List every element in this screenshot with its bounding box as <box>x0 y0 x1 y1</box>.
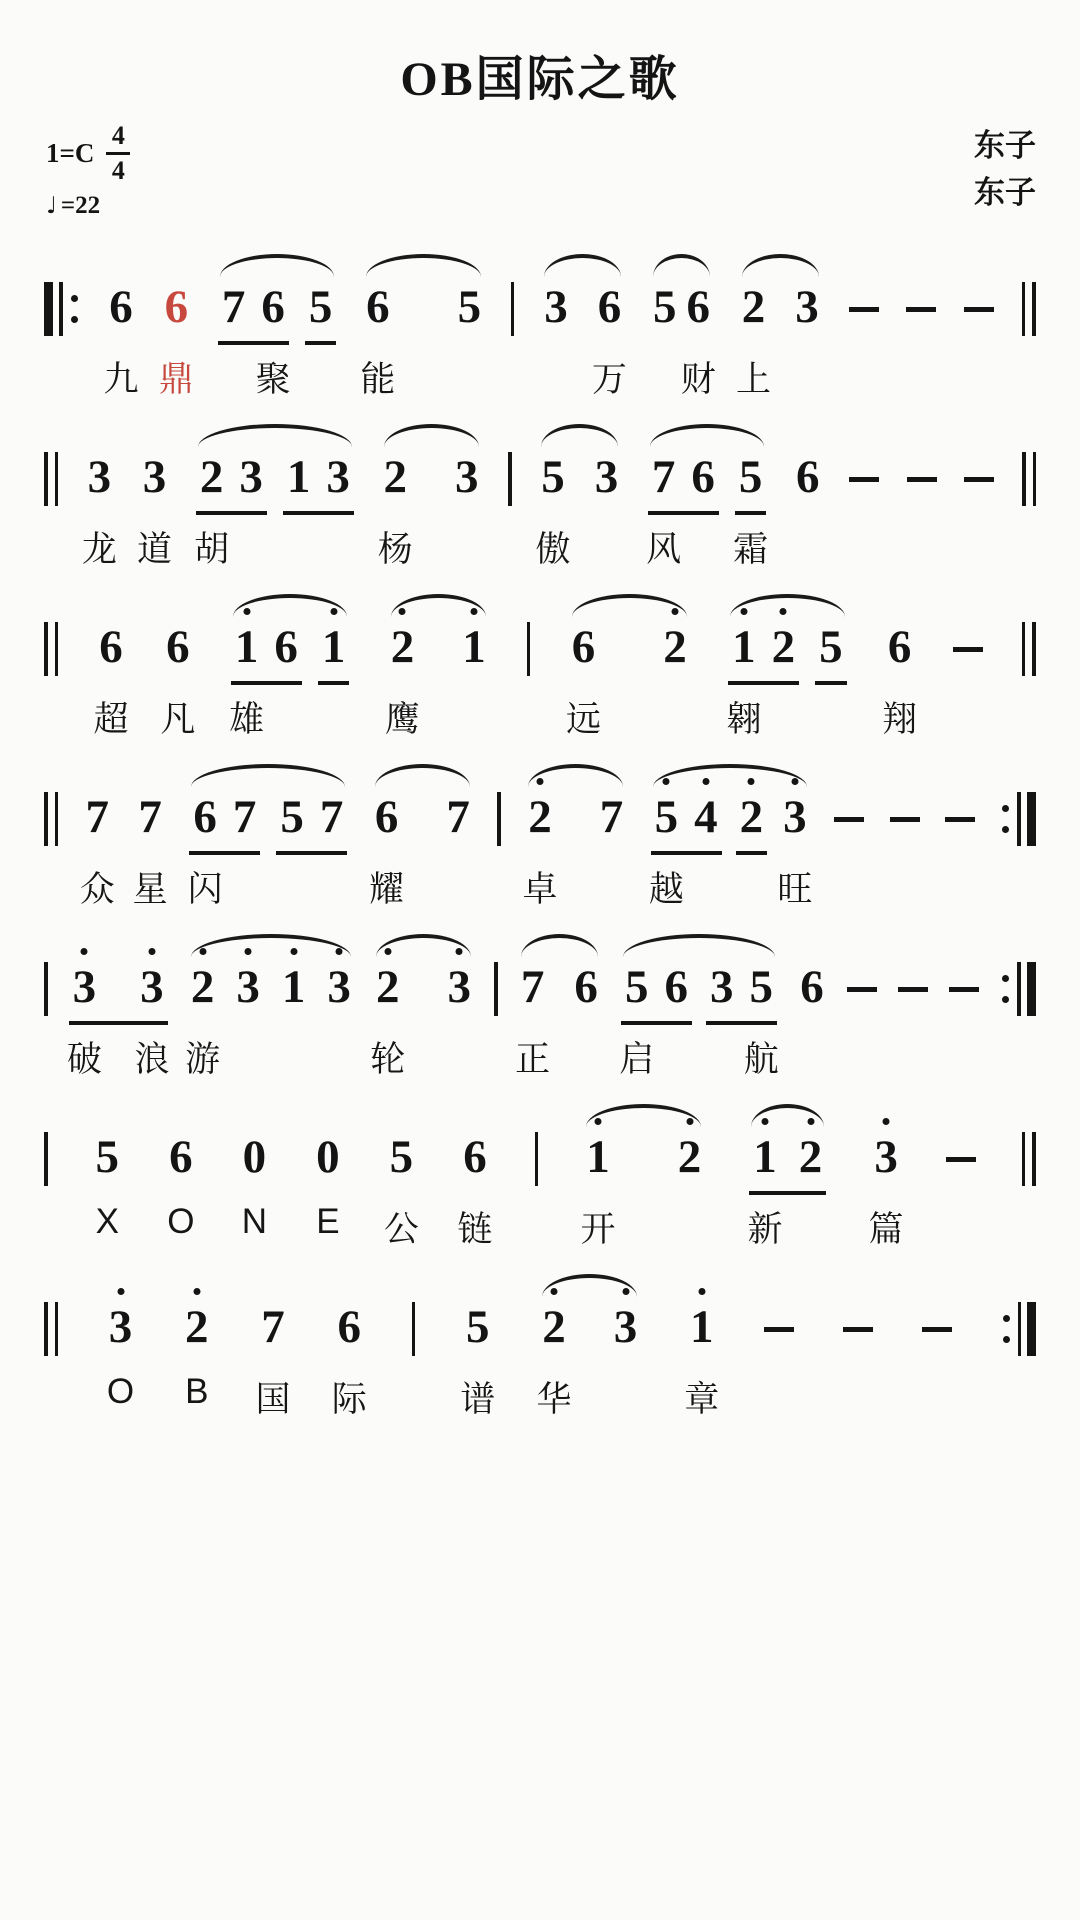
note-digit: 3 <box>326 450 350 504</box>
octave-dot <box>536 778 543 785</box>
repeat-dot <box>1003 1315 1010 1322</box>
octave-dot <box>117 1288 124 1295</box>
beam-underline-group: 6闪7 <box>189 790 260 855</box>
lyric-char: 游 <box>185 1032 220 1082</box>
note-digit: 2 <box>185 1300 209 1354</box>
music-system-6: 5X6O0N0E5公6链1开21新23篇 <box>44 1100 1036 1270</box>
note: 3篇 <box>874 1130 898 1184</box>
lyric-char: 凡 <box>160 692 195 742</box>
beam-underline-group: 1 <box>318 620 350 685</box>
note-part: 6O <box>167 1130 195 1184</box>
lyric-char: 华 <box>536 1372 571 1422</box>
note: 1翱 <box>732 620 756 674</box>
time-signature: 4 4 <box>106 123 130 184</box>
lyric-char: 谱 <box>460 1372 495 1422</box>
note-part: 5 <box>651 280 679 334</box>
note: 7星 <box>138 790 162 844</box>
note-group: 1翱25 <box>728 620 847 685</box>
note-part: 3篇 <box>872 1130 900 1184</box>
note-group: 6链 <box>461 1130 489 1184</box>
note-digit: 6 <box>99 620 123 674</box>
note-digit: 6 <box>166 620 190 674</box>
dash-rest <box>953 647 983 652</box>
slur-arc <box>586 1104 701 1127</box>
note-part: 2杨 <box>382 450 410 504</box>
note-part: 5公 <box>388 1130 416 1184</box>
note-digit: 7 <box>652 450 676 504</box>
slur-arc <box>541 424 618 447</box>
lyric-char: 耀 <box>369 862 404 912</box>
note: 6能 <box>366 280 390 334</box>
note-digit: 1 <box>732 620 756 674</box>
lyric-char: 万 <box>592 352 627 402</box>
octave-dot <box>686 1118 693 1125</box>
note-digit: 3 <box>239 450 263 504</box>
octave-dot <box>807 1118 814 1125</box>
dash-rest <box>907 477 937 482</box>
note-part: 2 <box>661 620 689 674</box>
note-part: 6九 <box>107 280 135 334</box>
lyric-char: 傲 <box>535 522 570 572</box>
note-group: 6翔 <box>886 620 914 674</box>
lyric-char: 新 <box>748 1202 783 1252</box>
note-digit: 6 <box>338 1300 362 1354</box>
lyric-char: 国 <box>255 1372 290 1422</box>
barline-thick-stroke <box>44 282 53 336</box>
dash-rest <box>843 1327 873 1332</box>
note-digit: 2 <box>742 280 766 334</box>
octave-dot <box>595 1118 602 1125</box>
credit-line-2: 东子 <box>974 170 1036 217</box>
note-part: 6财 <box>684 280 712 334</box>
dash-rest <box>849 307 879 312</box>
repeat-dots <box>1000 805 1011 833</box>
note: 1 <box>282 960 306 1014</box>
octave-dot <box>81 948 88 955</box>
note-digit: 1 <box>690 1300 714 1354</box>
note-part: 7 <box>444 790 472 844</box>
note-digit: 6 <box>274 620 298 674</box>
note-group: 1雄61 <box>231 620 350 685</box>
note-group: 6 <box>798 960 826 1014</box>
note: 5 <box>458 280 482 334</box>
note-group: 2胡313 <box>196 450 354 515</box>
note-digit: 6 <box>463 1130 487 1184</box>
octave-dot <box>791 778 798 785</box>
note: 1新 <box>753 1130 777 1184</box>
note-part: 3 <box>446 960 474 1014</box>
dash-rest <box>834 817 864 822</box>
note-part: 6链 <box>461 1130 489 1184</box>
note-part: 7国 <box>259 1300 287 1354</box>
note: 5 <box>309 280 333 334</box>
note-digit: 7 <box>138 790 162 844</box>
beam-underline-group: 5越4 <box>651 790 722 855</box>
note-digit: 3 <box>448 960 472 1014</box>
barline-thin-stroke <box>1032 282 1036 336</box>
note-digit: 6 <box>888 620 912 674</box>
double-barline <box>44 1302 58 1356</box>
barline <box>508 452 512 506</box>
note-group: 76聚5 <box>218 280 337 345</box>
lyric-char: 风 <box>646 522 681 572</box>
note-part: 6能 <box>364 280 392 334</box>
barline-thin-stroke <box>44 622 48 676</box>
note-part: 2上 <box>740 280 768 334</box>
lyric-char: 能 <box>360 352 395 402</box>
music-system-3: 6超6凡1雄612鹰16远21翱256翔 <box>44 590 1036 760</box>
note-part: 6 <box>572 960 600 1014</box>
note-digit: 3 <box>783 790 807 844</box>
melody-row: 3破3浪2游3132轮37正65启635航6 <box>44 930 1036 1025</box>
octave-dot <box>243 608 250 615</box>
lyric-char: 翔 <box>882 692 917 742</box>
note: 3 <box>448 960 472 1014</box>
note: 5霜 <box>739 450 763 504</box>
barline-thin-stroke <box>44 452 48 506</box>
beam-underline-group: 57 <box>276 790 347 855</box>
note-digit: 3 <box>140 960 164 1014</box>
note-digit: 6 <box>800 960 824 1014</box>
beam-underline-group: 35航 <box>706 960 777 1025</box>
note-group: 6鼎 <box>163 280 191 334</box>
repeat-dot <box>1002 826 1009 833</box>
dash-rest <box>898 987 928 992</box>
lyric-char: 卓 <box>522 862 557 912</box>
note-digit: 2 <box>740 790 764 844</box>
note: 2 <box>663 620 687 674</box>
octave-dot <box>622 1288 629 1295</box>
note-part: 6 <box>794 450 822 504</box>
lyric-char: 开 <box>580 1202 615 1252</box>
lyric-char: 轮 <box>370 1032 405 1082</box>
note-digit: 2 <box>200 450 224 504</box>
octave-dot <box>148 948 155 955</box>
lyric-char: 章 <box>684 1372 719 1422</box>
barline-thick-stroke <box>1027 962 1036 1016</box>
note-part: 2游313 <box>189 960 353 1014</box>
note-digit: 3 <box>143 450 167 504</box>
note-group: 2游313 <box>189 960 353 1014</box>
lyric-char: 胡 <box>194 522 229 572</box>
note-digit: 6 <box>796 450 820 504</box>
octave-dot <box>702 778 709 785</box>
slur-arc <box>375 764 470 787</box>
barline <box>535 1132 539 1186</box>
slur-arc <box>220 254 335 277</box>
lyric-char: E <box>316 1202 339 1242</box>
slur-arc <box>653 764 807 787</box>
fraction-bar <box>106 152 130 155</box>
note: 6闪 <box>193 790 217 844</box>
melody-row: 3龙3道2胡3132杨35傲37风65霜6 <box>44 420 1036 515</box>
beam-underline-group: 7风6 <box>648 450 719 515</box>
note-digit: 4 <box>694 790 718 844</box>
octave-dot <box>672 608 679 615</box>
note-digit: 5 <box>541 450 565 504</box>
note-part: 7正 <box>519 960 547 1014</box>
note-digit: 3 <box>795 280 819 334</box>
lyric-char: O <box>107 1372 134 1412</box>
lyric-char: 正 <box>515 1032 550 1082</box>
double-barline <box>1022 1132 1036 1186</box>
end-repeat-barline <box>1000 792 1036 846</box>
slur-arc <box>366 254 481 277</box>
note-group: 6能5 <box>364 280 483 334</box>
key-signature: 1=C 4 4 <box>46 123 130 184</box>
note-group: 3O <box>107 1300 135 1354</box>
note-digit: 2 <box>376 960 400 1014</box>
note-part: 3O <box>107 1300 135 1354</box>
melody-row: 7众7星6闪7576耀72卓75越423旺 <box>44 760 1036 855</box>
note-group: 5公 <box>388 1130 416 1184</box>
note: 6际 <box>338 1300 362 1354</box>
beam-underline-group: 5启6 <box>621 960 692 1025</box>
note: 3 <box>326 450 350 504</box>
lyric-char: 旺 <box>777 862 812 912</box>
barline-thick-stroke <box>1027 1302 1036 1356</box>
note-digit: 5 <box>655 790 679 844</box>
note: 6鼎 <box>165 280 189 334</box>
beam-underline-group: 2 <box>736 790 768 855</box>
beam-underline-group: 76聚 <box>218 280 289 345</box>
note-digit: 6 <box>572 620 596 674</box>
lyric-char: 越 <box>649 862 684 912</box>
note: 3浪 <box>140 960 164 1014</box>
note-group: 7风65霜 <box>648 450 767 515</box>
note: 2B <box>185 1300 209 1354</box>
note: 6九 <box>109 280 133 334</box>
double-barline <box>1022 282 1036 336</box>
barline <box>527 622 531 676</box>
note-group: 3篇 <box>872 1130 900 1184</box>
note: 5 <box>280 790 304 844</box>
note-group: 6闪757 <box>189 790 347 855</box>
note: 3 <box>455 450 479 504</box>
note-digit: 6 <box>169 1130 193 1184</box>
lyric-char: 杨 <box>378 522 413 572</box>
beam-underline-group: 2胡3 <box>196 450 267 515</box>
note-group: 36万 <box>542 280 623 334</box>
note: 6O <box>169 1130 193 1184</box>
note: 3旺 <box>783 790 807 844</box>
note: 3龙 <box>88 450 112 504</box>
lyric-char: 鼎 <box>159 352 194 402</box>
note-part: 6万 <box>596 280 624 334</box>
note-digit: 7 <box>600 790 624 844</box>
lyric-char: 众 <box>80 862 115 912</box>
note-group: 6际 <box>336 1300 364 1354</box>
note-group: 5启635航 <box>621 960 777 1025</box>
note-group: 2卓7 <box>526 790 625 844</box>
note: 3 <box>595 450 619 504</box>
note-digit: 5 <box>280 790 304 844</box>
barline <box>412 1302 416 1356</box>
note-digit: 1 <box>235 620 259 674</box>
begin-repeat-barline <box>44 282 80 336</box>
lyric-char: 聚 <box>256 352 291 402</box>
note-part: 2 <box>676 1130 704 1184</box>
note: 5傲 <box>541 450 565 504</box>
barline-thin-stroke <box>44 792 48 846</box>
note-group: 0E <box>314 1130 342 1184</box>
barline <box>497 792 501 846</box>
note-digit: 6 <box>366 280 390 334</box>
note: 7国 <box>261 1300 285 1354</box>
note: 6远 <box>572 620 596 674</box>
note-digit: 7 <box>446 790 470 844</box>
lyric-char: 财 <box>681 352 716 402</box>
octave-dot <box>456 948 463 955</box>
note-group: 2鹰1 <box>389 620 488 674</box>
note-digit: 6 <box>598 280 622 334</box>
note-digit: 2 <box>663 620 687 674</box>
music-system-4: 7众7星6闪7576耀72卓75越423旺 <box>44 760 1036 930</box>
note: 6 <box>796 450 820 504</box>
music-system-1: 6九6鼎76聚56能536万56财2上3 <box>44 250 1036 420</box>
note-group: 0N <box>241 1130 269 1184</box>
note: 6链 <box>463 1130 487 1184</box>
note-digit: 2 <box>528 790 552 844</box>
slur-arc <box>544 254 621 277</box>
credit-line-1: 东子 <box>974 123 1036 170</box>
note-digit: 6 <box>574 960 598 1014</box>
note: 6 <box>665 960 689 1014</box>
double-barline <box>1022 622 1036 676</box>
note-digit: 7 <box>85 790 109 844</box>
note: 3 <box>795 280 819 334</box>
note-part: 1 <box>460 620 488 674</box>
barline-thin-stroke <box>1032 622 1036 676</box>
barline-thin-stroke <box>1018 1302 1022 1356</box>
note-group: 7国 <box>259 1300 287 1354</box>
note-part: 2华 <box>540 1300 568 1354</box>
lyric-char: N <box>242 1202 267 1242</box>
note-part: 7 <box>598 790 626 844</box>
lyric-char: 公 <box>384 1202 419 1252</box>
note: 3 <box>327 960 351 1014</box>
meta-row: 1=C 4 4 ♩ =22 东子 东子 <box>44 123 1036 220</box>
end-repeat-barline <box>1000 962 1036 1016</box>
lyric-char: X <box>96 1202 119 1242</box>
note-group: 2杨3 <box>382 450 481 504</box>
note-group: 6凡 <box>164 620 192 674</box>
note-digit: 1 <box>586 1130 610 1184</box>
note: 3 <box>239 450 263 504</box>
lyric-char: O <box>167 1202 194 1242</box>
note: 5谱 <box>466 1300 490 1354</box>
note-part: 6凡 <box>164 620 192 674</box>
double-barline <box>44 452 58 506</box>
note-digit: 7 <box>222 280 246 334</box>
note-digit: 3 <box>236 960 260 1014</box>
note-digit: 3 <box>544 280 568 334</box>
dash-rest <box>949 987 979 992</box>
note-part: 7星 <box>136 790 164 844</box>
octave-dot <box>193 1288 200 1295</box>
note-digit: 2 <box>191 960 215 1014</box>
note-group: 1开2 <box>584 1130 703 1184</box>
key-and-tempo: 1=C 4 4 ♩ =22 <box>44 123 130 220</box>
dash-rest <box>945 817 975 822</box>
note-group: 6O <box>167 1130 195 1184</box>
note-group: 1章 <box>688 1300 716 1354</box>
lyric-char: 道 <box>137 522 172 572</box>
note-group: 6超 <box>97 620 125 674</box>
note: 2卓 <box>528 790 552 844</box>
note-group: 2B <box>183 1300 211 1354</box>
double-barline <box>1022 452 1036 506</box>
note-digit: 3 <box>327 960 351 1014</box>
note-part: 3旺 <box>781 790 809 844</box>
note-digit: 5 <box>96 1130 120 1184</box>
note-part: 3龙 <box>86 450 114 504</box>
note-part: 3 <box>612 1300 640 1354</box>
slur-arc <box>653 254 710 277</box>
note: 2轮 <box>376 960 400 1014</box>
note-digit: 6 <box>665 960 689 1014</box>
note: 7 <box>233 790 257 844</box>
barline-thin-stroke <box>1022 622 1026 676</box>
dash-rest <box>964 477 994 482</box>
repeat-dot <box>1002 805 1009 812</box>
note-group: 2轮3 <box>374 960 473 1014</box>
note-digit: 7 <box>521 960 545 1014</box>
note-group: 6 <box>794 450 822 504</box>
note-digit: 2 <box>799 1130 823 1184</box>
note: 6翔 <box>888 620 912 674</box>
note: 3 <box>614 1300 638 1354</box>
lyric-char: B <box>185 1372 208 1412</box>
note: 3 <box>236 960 260 1014</box>
note-part: 6际 <box>336 1300 364 1354</box>
note-digit: 3 <box>73 960 97 1014</box>
note-digit: 5 <box>739 450 763 504</box>
note-group: 6耀7 <box>373 790 472 844</box>
barline-thin-stroke <box>55 1302 59 1356</box>
octave-dot <box>740 608 747 615</box>
note: 0N <box>243 1130 267 1184</box>
repeat-dot <box>71 316 78 323</box>
dash-rest <box>964 307 994 312</box>
note-part: 2卓 <box>526 790 554 844</box>
dash-rest <box>906 307 936 312</box>
note-digit: 5 <box>750 960 774 1014</box>
lyric-char: 航 <box>744 1032 779 1082</box>
note-digit: 3 <box>109 1300 133 1354</box>
barline-thin-stroke <box>55 622 59 676</box>
note-digit: 5 <box>458 280 482 334</box>
dash-rest <box>922 1327 952 1332</box>
note-digit: 6 <box>261 280 285 334</box>
music-system-5: 3破3浪2游3132轮37正65启635航6 <box>44 930 1036 1100</box>
barline-thin-stroke <box>55 452 59 506</box>
lyric-char: 翱 <box>726 692 761 742</box>
note: 5越 <box>655 790 679 844</box>
slur-arc <box>623 934 775 957</box>
note-part: 2B <box>183 1300 211 1354</box>
lyric-char: 启 <box>619 1032 654 1082</box>
repeat-dots <box>1000 975 1011 1003</box>
quarter-note-icon: ♩ <box>46 193 57 219</box>
note-part: 3 <box>793 280 821 334</box>
note: 2华 <box>542 1300 566 1354</box>
note-part: 2轮 <box>374 960 402 1014</box>
lyric-char: 篇 <box>869 1202 904 1252</box>
note-digit: 6 <box>375 790 399 844</box>
note: 1 <box>322 620 346 674</box>
note: 6耀 <box>375 790 399 844</box>
